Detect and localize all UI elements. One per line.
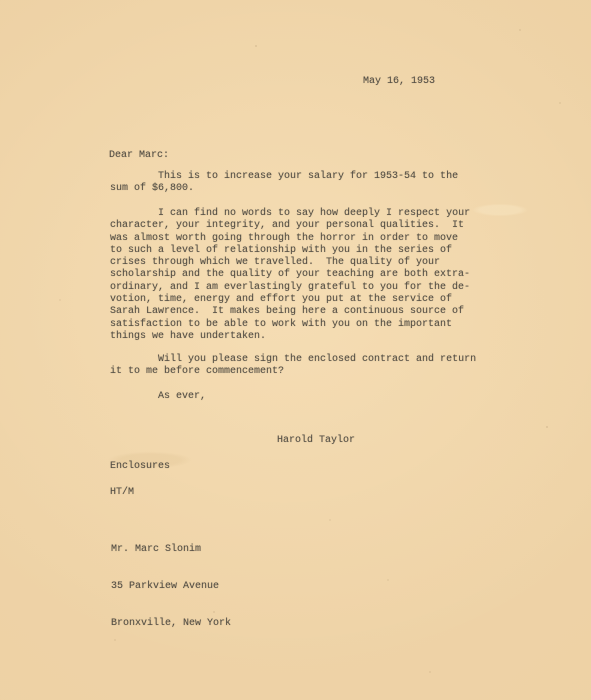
salutation: Dear Marc: <box>109 150 169 162</box>
letter-date: May 16, 1953 <box>363 76 435 88</box>
recipient-city: Bronxville, New York <box>111 618 231 630</box>
signature-name: Harold Taylor <box>277 435 355 447</box>
closing-phrase: As ever, <box>158 391 206 403</box>
recipient-street: 35 Parkview Avenue <box>111 581 231 593</box>
paragraph-contract-request: Will you please sign the enclosed contra… <box>110 354 510 379</box>
paragraph-salary-increase: This is to increase your salary for 1953… <box>110 171 500 196</box>
recipient-address-block: Mr. Marc Slonim 35 Parkview Avenue Bronx… <box>111 520 231 654</box>
paragraph-appreciation: I can find no words to say how deeply I … <box>110 208 500 343</box>
typist-reference: HT/M <box>110 487 134 499</box>
letter-page: May 16, 1953 Dear Marc: This is to incre… <box>0 0 591 700</box>
enclosures-note: Enclosures <box>110 461 170 473</box>
recipient-name: Mr. Marc Slonim <box>111 544 231 556</box>
